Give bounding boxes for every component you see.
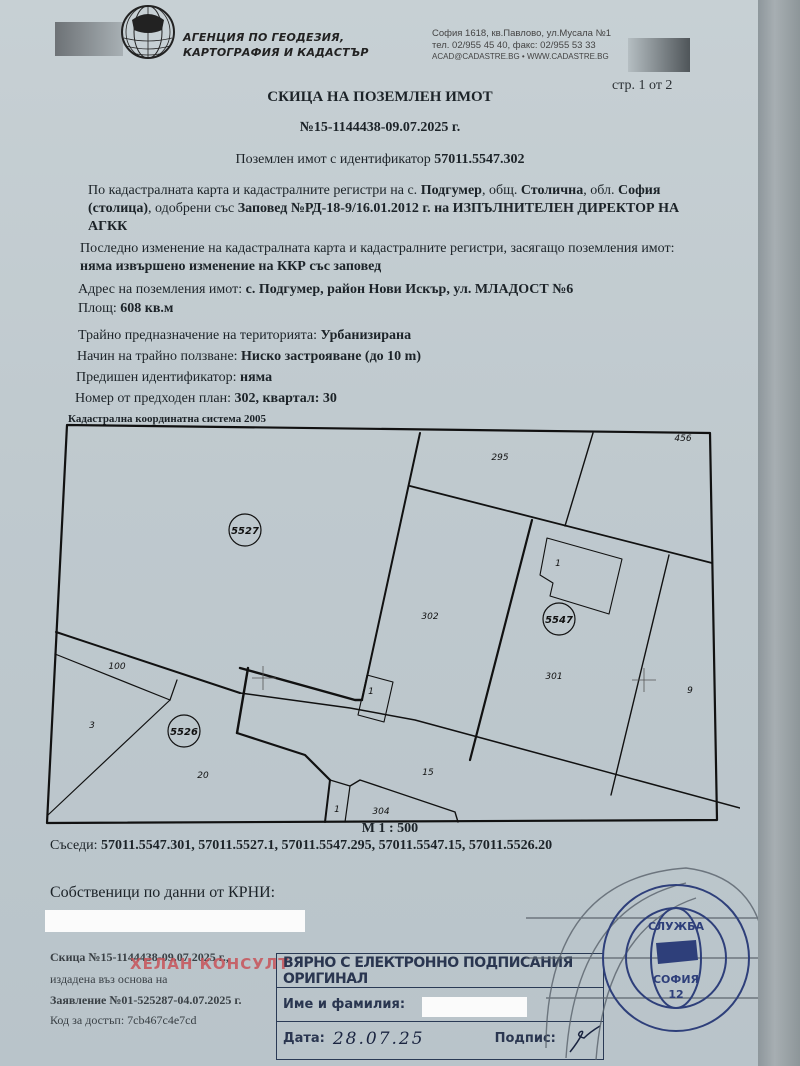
- usage-value: Ниско застрояване (до 10 m): [241, 349, 421, 364]
- property-usage: Начин на трайно ползване: Ниско застрояв…: [77, 348, 421, 366]
- application-number: Заявление №01-525287-04.07.2025 г.: [50, 993, 242, 1007]
- document-title: СКИЦА НА ПОЗЕМЛЕН ИМОТ: [0, 89, 760, 106]
- document-page: АГЕНЦИЯ ПО ГЕОДЕЗИЯ, КАРТОГРАФИЯ И КАДАС…: [0, 0, 760, 1066]
- map-scale: М 1 : 500: [0, 821, 780, 837]
- svg-text:3: 3: [89, 721, 95, 731]
- identifier-value: 57011.5547.302: [434, 152, 524, 167]
- svg-text:1: 1: [334, 805, 340, 815]
- svg-text:СЛУЖБА: СЛУЖБА: [648, 920, 705, 933]
- name-label: Име и фамилия:: [283, 997, 405, 1012]
- neighbors: Съседи: 57011.5547.301, 57011.5527.1, 57…: [50, 838, 552, 854]
- area-value: 608 кв.м: [120, 301, 173, 316]
- redacted-owner: [45, 910, 305, 932]
- prev-id-label: Предишен идентификатор:: [76, 370, 240, 385]
- svg-text:20: 20: [197, 771, 209, 781]
- photo-background-edge: [758, 0, 800, 1066]
- official-seal-icon: СЛУЖБА СОФИЯ 12: [526, 848, 766, 1066]
- neighbors-label: Съседи:: [50, 838, 101, 853]
- last-change-value: няма извършено изменение на ККР със запо…: [80, 259, 381, 274]
- svg-text:1: 1: [555, 559, 561, 569]
- svg-text:1: 1: [368, 687, 374, 697]
- address-value: с. Подгумер, район Нови Искър, ул. МЛАДО…: [246, 282, 574, 297]
- svg-text:456: 456: [674, 434, 691, 444]
- address-label: Адрес на поземления имот:: [78, 282, 246, 297]
- agency-web: ACAD@CADASTRE.BG • WWW.CADASTRE.BG: [432, 51, 611, 63]
- agency-phone: тел. 02/955 45 40, факс: 02/955 53 33: [432, 40, 611, 52]
- area-label: Площ:: [78, 301, 120, 316]
- purpose-value: Урбанизирана: [320, 328, 411, 343]
- svg-text:15: 15: [422, 768, 434, 778]
- document-number: №15-1144438-09.07.2025 г.: [0, 120, 760, 136]
- prev-plan-label: Номер от предходен план:: [75, 391, 234, 406]
- company-stamp: ХЕЛАН КОНСУЛТ: [130, 955, 289, 973]
- approved-label: , одобрени със: [148, 201, 238, 216]
- owners-label: Собственици по данни от КРНИ:: [50, 884, 275, 902]
- header-gradient-bar: [55, 22, 123, 56]
- neighbors-list: 57011.5547.301, 57011.5527.1, 57011.5547…: [101, 838, 552, 853]
- prev-id-value: няма: [240, 370, 272, 385]
- footer-issued: издадена въз основа на: [50, 972, 168, 987]
- svg-text:295: 295: [491, 453, 508, 463]
- agency-name: АГЕНЦИЯ ПО ГЕОДЕЗИЯ, КАРТОГРАФИЯ И КАДАС…: [183, 30, 369, 60]
- date-value: 28.07.25: [333, 1029, 425, 1049]
- block-5527-label: 5527: [231, 526, 259, 537]
- svg-text:СОФИЯ: СОФИЯ: [653, 973, 699, 986]
- globe-bulgaria-icon: [118, 4, 178, 60]
- footer-application: Заявление №01-525287-04.07.2025 г.: [50, 993, 242, 1008]
- region-label: , обл.: [583, 183, 614, 198]
- access-code-label: Код за достъп:: [50, 1013, 127, 1027]
- property-area: Площ: 608 кв.м: [78, 300, 173, 318]
- cadastre-intro: По кадастралната карта и кадастралните р…: [88, 183, 421, 198]
- block-5526-label: 5526: [170, 727, 198, 738]
- cadastre-info: По кадастралната карта и кадастралните р…: [88, 182, 708, 236]
- svg-text:301: 301: [545, 672, 562, 682]
- agency-contact: София 1618, кв.Павлово, ул.Мусала №1 тел…: [432, 28, 611, 63]
- access-code-value: 7cb467c4e7cd: [127, 1013, 196, 1027]
- property-address: Адрес на поземления имот: с. Подгумер, р…: [78, 281, 573, 299]
- last-change: Последно изменение на кадастралната карт…: [80, 240, 700, 276]
- cadastral-map: 5527 5547 5526 295 456 302 1 301 9 100 3…: [40, 420, 740, 830]
- previous-plan: Номер от предходен план: 302, квартал: 3…: [75, 390, 337, 408]
- property-purpose: Трайно предназначение на територията: Ур…: [78, 327, 411, 345]
- municipality-label: , общ.: [482, 183, 521, 198]
- property-identifier: Поземлен имот с идентификатор 57011.5547…: [0, 152, 760, 168]
- usage-label: Начин на трайно ползване:: [77, 349, 241, 364]
- svg-text:9: 9: [687, 686, 693, 696]
- header-gradient-bar-right: [628, 38, 690, 72]
- last-change-label: Последно изменение на кадастралната карт…: [80, 241, 675, 256]
- block-5547-label: 5547: [545, 615, 573, 626]
- footer-access-code: Код за достъп: 7cb467c4e7cd: [50, 1013, 196, 1028]
- svg-text:12: 12: [668, 988, 683, 1001]
- identifier-label: Поземлен имот с идентификатор: [235, 152, 434, 167]
- date-label: Дата:: [283, 1031, 325, 1046]
- prev-plan-value: 302, квартал: 30: [234, 391, 336, 406]
- previous-identifier: Предишен идентификатор: няма: [76, 369, 272, 387]
- agency-address: София 1618, кв.Павлово, ул.Мусала №1: [432, 28, 611, 40]
- redacted-name: [422, 997, 527, 1017]
- svg-text:302: 302: [421, 612, 438, 622]
- village: Подгумер: [421, 183, 482, 198]
- svg-text:304: 304: [372, 807, 389, 817]
- municipality: Столична: [521, 183, 583, 198]
- agency-name-line1: АГЕНЦИЯ ПО ГЕОДЕЗИЯ,: [183, 30, 369, 45]
- purpose-label: Трайно предназначение на територията:: [78, 328, 320, 343]
- svg-text:100: 100: [108, 662, 125, 672]
- agency-name-line2: КАРТОГРАФИЯ И КАДАСТЪР: [183, 45, 369, 60]
